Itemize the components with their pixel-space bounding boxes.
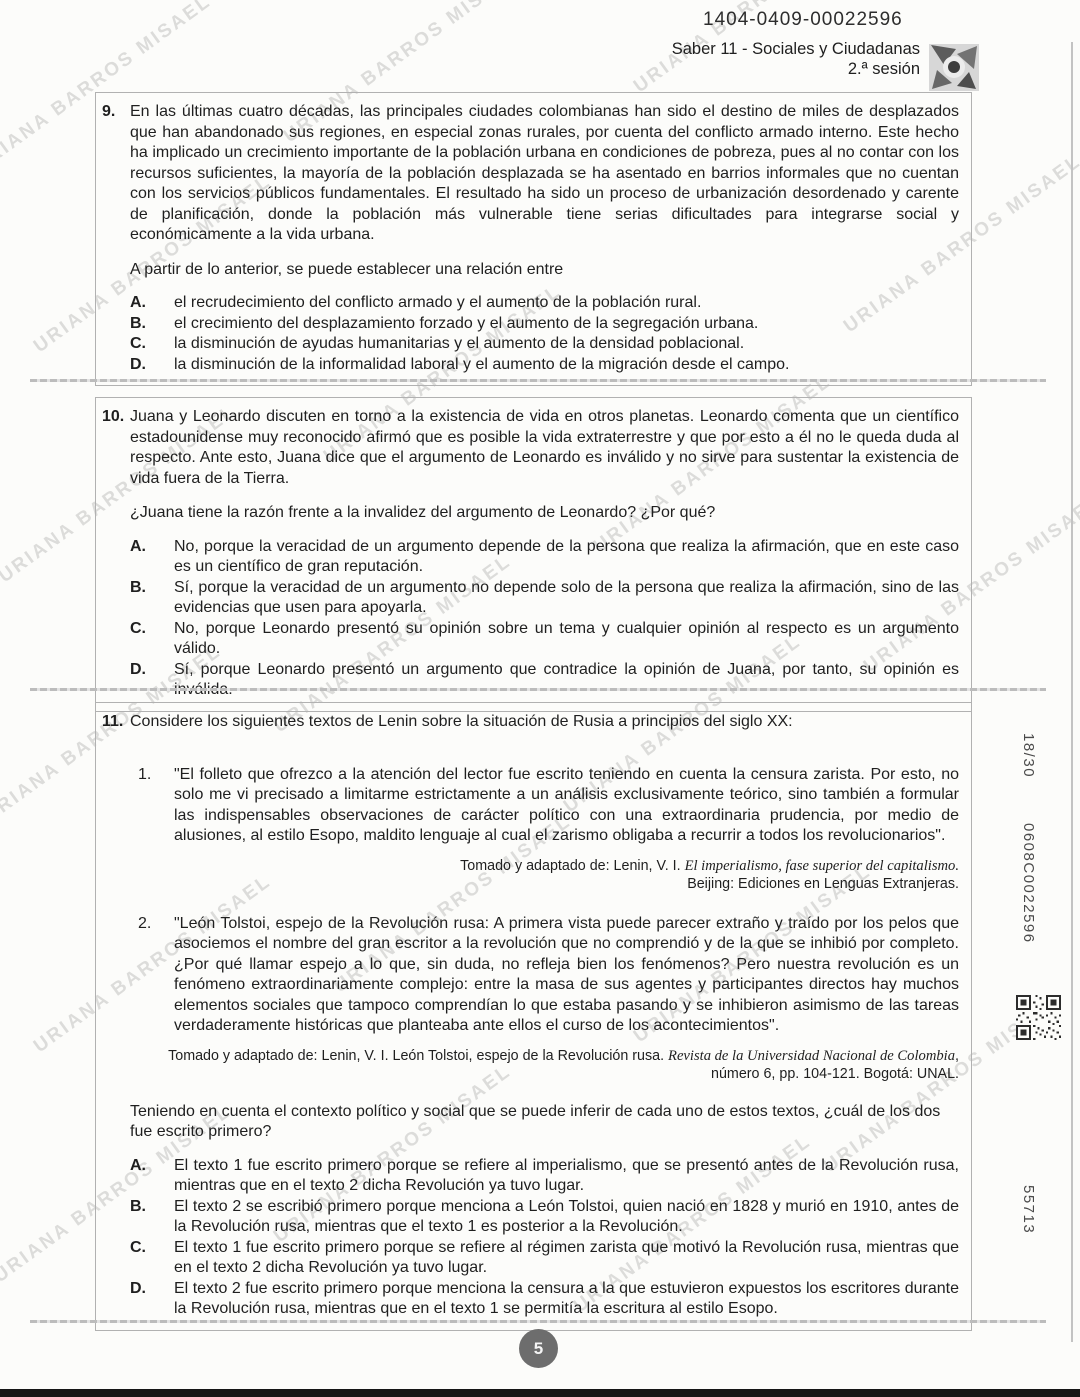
question-stem: ¿Juana tiene la razón frente a la invali… <box>130 503 959 524</box>
page-progress-label: 18/30 <box>1020 733 1037 778</box>
session-label: 2.ª sesión <box>672 60 920 80</box>
form-number-label: 55713 <box>1020 1185 1037 1234</box>
option-c: C. No, porque Leonardo presentó su opini… <box>130 619 959 660</box>
option-letter: B. <box>130 1197 174 1238</box>
question-number: 11. <box>100 712 130 1320</box>
booklet-code-label: 0608C0022596 <box>1020 823 1037 944</box>
question-intro: Considere los siguientes textos de Lenin… <box>130 712 959 733</box>
option-letter: B. <box>130 578 174 619</box>
question-11: 11. Considere los siguientes textos de L… <box>95 702 972 1331</box>
option-letter: D. <box>130 355 174 376</box>
options-list: A. El texto 1 fue escrito primero porque… <box>130 1156 959 1320</box>
question-stem: Teniendo en cuenta el contexto político … <box>130 1102 959 1143</box>
source-title: Revista de la Universidad Nacional de Co… <box>668 1048 955 1064</box>
option-letter: A. <box>130 537 174 578</box>
exam-code: 1404-0409-00022596 <box>703 9 903 31</box>
option-letter: B. <box>130 314 174 335</box>
option-text: el recrudecimiento del conflicto armado … <box>174 293 959 314</box>
option-text: El texto 2 se escribió primero porque me… <box>174 1197 959 1238</box>
question-body: En las últimas cuatro décadas, las princ… <box>130 102 959 246</box>
option-c: C. la disminución de ayudas humanitarias… <box>130 334 959 355</box>
option-text: la disminución de ayudas humanitarias y … <box>174 334 959 355</box>
option-a: A. No, porque la veracidad de un argumen… <box>130 537 959 578</box>
option-text: El texto 1 fue escrito primero porque se… <box>174 1156 959 1197</box>
option-a: A. El texto 1 fue escrito primero porque… <box>130 1156 959 1197</box>
exam-title: Saber 11 - Sociales y Ciudadanas <box>672 40 920 60</box>
option-d: D. El texto 2 fue escrito primero porque… <box>130 1279 959 1320</box>
page-number-badge: 5 <box>519 1329 558 1368</box>
scanned-exam-page: URIANA BARROS MISAEL URIANA BARROS MISAE… <box>0 0 1080 1397</box>
option-c: C. El texto 1 fue escrito primero porque… <box>130 1238 959 1279</box>
scan-bottom-bar <box>0 1389 1080 1397</box>
options-list: A. No, porque la veracidad de un argumen… <box>130 537 959 701</box>
source-title: El imperialismo, fase superior del capit… <box>685 858 959 874</box>
option-letter: D. <box>130 1279 174 1320</box>
source-citation-1: Tomado y adaptado de: Lenin, V. I. El im… <box>130 857 959 894</box>
page-number: 5 <box>534 1339 543 1359</box>
section-divider <box>30 1320 1046 1323</box>
question-stem: A partir de lo anterior, se puede establ… <box>130 260 959 281</box>
scan-edge-line <box>1071 42 1073 1342</box>
option-text: No, porque Leonardo presentó su opinión … <box>174 619 959 660</box>
option-b: B. el crecimiento del desplazamiento for… <box>130 314 959 335</box>
option-d: D. la disminución de la informalidad lab… <box>130 355 959 376</box>
option-b: B. El texto 2 se escribió primero porque… <box>130 1197 959 1238</box>
question-number: 9. <box>100 102 130 375</box>
qr-code-icon <box>1016 995 1061 1040</box>
question-9: 9. En las últimas cuatro décadas, las pr… <box>95 92 972 386</box>
option-text: la disminución de la informalidad labora… <box>174 355 959 376</box>
stimulus-text-2: 2. "León Tolstoi, espejo de la Revolució… <box>130 914 959 1037</box>
option-letter: A. <box>130 1156 174 1197</box>
option-text: No, porque la veracidad de un argumento … <box>174 537 959 578</box>
source-citation-2: Tomado y adaptado de: Lenin, V. I. León … <box>130 1047 959 1084</box>
option-letter: C. <box>130 1238 174 1279</box>
question-body: Juana y Leonardo discuten en torno a la … <box>130 407 959 489</box>
exam-header: Saber 11 - Sociales y Ciudadanas 2.ª ses… <box>672 40 920 79</box>
option-letter: D. <box>130 660 174 701</box>
text-quote: "El folleto que ofrezco a la atención de… <box>174 765 959 847</box>
section-divider <box>30 688 1046 691</box>
question-number: 10. <box>100 407 130 701</box>
source-text: Tomado y adaptado de: Lenin, V. I. <box>460 858 684 874</box>
question-10: 10. Juana y Leonardo discuten en torno a… <box>95 397 972 712</box>
option-text: El texto 1 fue escrito primero porque se… <box>174 1238 959 1279</box>
options-list: A. el recrudecimiento del conflicto arma… <box>130 293 959 375</box>
text-number: 1. <box>130 765 174 847</box>
icfes-logo-icon <box>929 44 979 91</box>
option-d: D. Sí, porque Leonardo presentó un argum… <box>130 660 959 701</box>
source-text: Beijing: Ediciones en Lenguas Extranjera… <box>130 875 959 894</box>
option-text: el crecimiento del desplazamiento forzad… <box>174 314 959 335</box>
section-divider <box>30 379 1046 382</box>
option-text: Sí, porque la veracidad de un argumento … <box>174 578 959 619</box>
option-a: A. el recrudecimiento del conflicto arma… <box>130 293 959 314</box>
text-number: 2. <box>130 914 174 1037</box>
source-text: Tomado y adaptado de: Lenin, V. I. León … <box>168 1048 668 1064</box>
option-letter: C. <box>130 619 174 660</box>
option-text: El texto 2 fue escrito primero porque me… <box>174 1279 959 1320</box>
option-letter: C. <box>130 334 174 355</box>
option-b: B. Sí, porque la veracidad de un argumen… <box>130 578 959 619</box>
text-quote: "León Tolstoi, espejo de la Revolución r… <box>174 914 959 1037</box>
stimulus-text-1: 1. "El folleto que ofrezco a la atención… <box>130 765 959 847</box>
option-letter: A. <box>130 293 174 314</box>
option-text: Sí, porque Leonardo presentó un argument… <box>174 660 959 701</box>
